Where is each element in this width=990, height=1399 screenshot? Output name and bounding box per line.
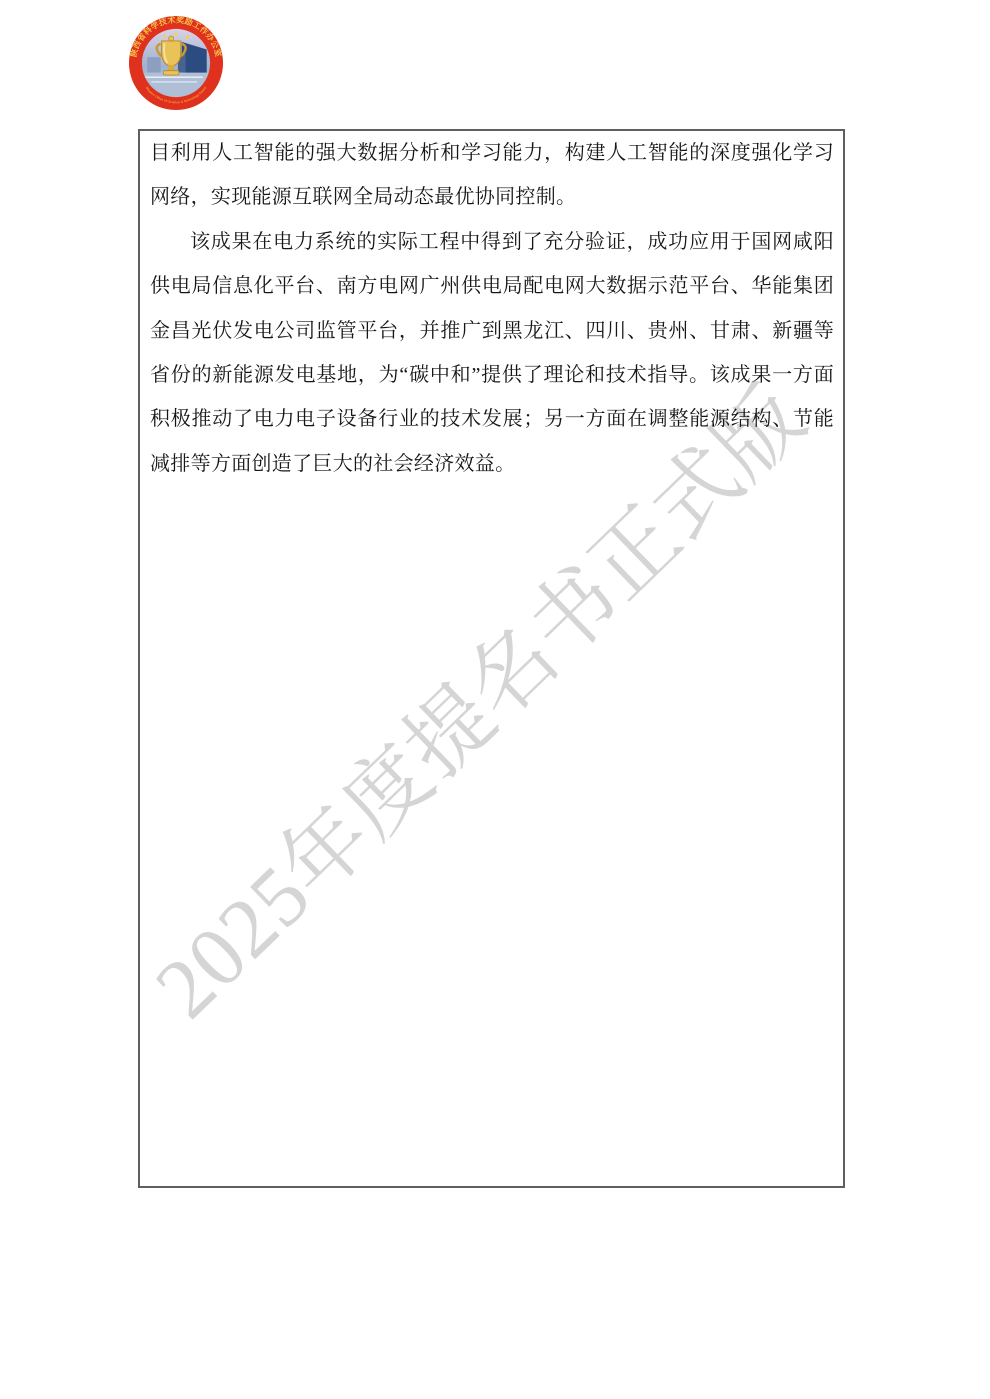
seal-graphic: 陕西省科学技术奖励工作办公室 Shaanxi Office Of Science… [128, 15, 224, 111]
document-page: 陕西省科学技术奖励工作办公室 Shaanxi Office Of Science… [0, 0, 990, 1399]
award-office-seal: 陕西省科学技术奖励工作办公室 Shaanxi Office Of Science… [128, 15, 224, 111]
paragraph-application: 该成果在电力系统的实际工程中得到了充分验证，成功应用于国网咸阳供电局信息化平台、… [150, 220, 834, 486]
content-table-cell: 目利用人工智能的强大数据分析和学习能力，构建人工智能的深度强化学习网络，实现能源… [138, 129, 845, 1188]
paragraph-continuation: 目利用人工智能的强大数据分析和学习能力，构建人工智能的深度强化学习网络，实现能源… [150, 131, 834, 220]
